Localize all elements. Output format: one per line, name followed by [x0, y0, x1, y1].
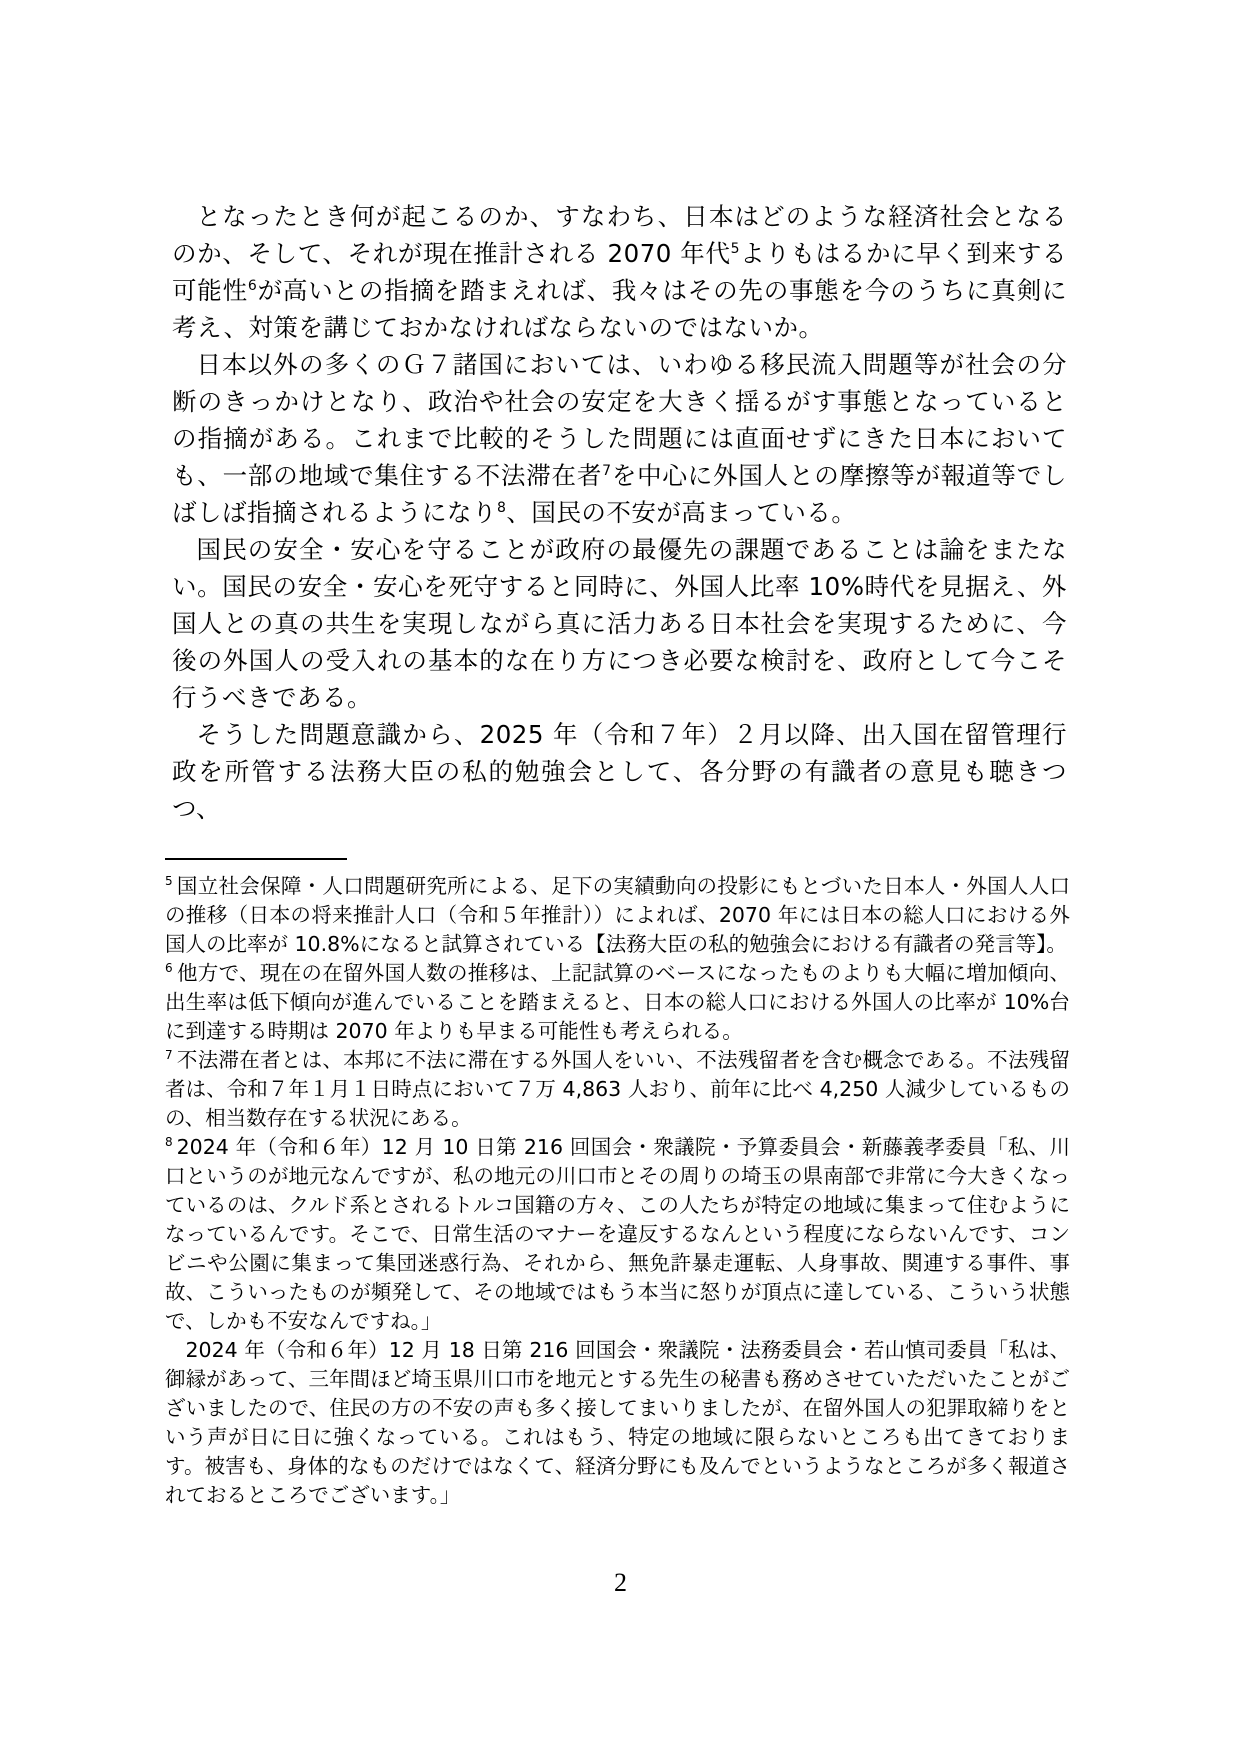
- paragraph-4: そうした問題意識から、2025 年（令和７年）２月以降、出入国在留管理行政を所管…: [172, 716, 1067, 827]
- footnote-7-marker: 7: [165, 1048, 173, 1062]
- footnote-7: 7不法滞在者とは、本邦に不法に滞在する外国人をいい、不法残留者を含む概念である。…: [165, 1046, 1070, 1133]
- paragraph-1: となったとき何が起こるのか、すなわち、日本はどのような経済社会となるのか、そして…: [172, 198, 1067, 346]
- footnote-8-continued: 2024 年（令和６年）12 月 18 日第 216 回国会・衆議院・法務委員会…: [165, 1336, 1070, 1510]
- footnote-6-marker: 6: [165, 961, 173, 975]
- paragraph-2: 日本以外の多くのＧ７諸国においては、いわゆる移民流入問題等が社会の分断のきっかけ…: [172, 346, 1067, 531]
- footnote-7-text: 不法滞在者とは、本邦に不法に滞在する外国人をいい、不法残留者を含む概念である。不…: [165, 1048, 1070, 1130]
- footnote-8-marker: 8: [165, 1135, 173, 1149]
- footnote-8: 82024 年（令和６年）12 月 10 日第 216 回国会・衆議院・予算委員…: [165, 1133, 1070, 1336]
- footnote-5-text: 国立社会保障・人口問題研究所による、足下の実績動向の投影にもとづいた日本人・外国…: [165, 874, 1070, 956]
- footnote-ref-8: 8: [497, 500, 506, 516]
- footnote-8-text: 2024 年（令和６年）12 月 18 日第 216 回国会・衆議院・法務委員会…: [165, 1338, 1070, 1507]
- page-number: 2: [0, 1568, 1241, 1598]
- paragraph-2-text: 、国民の不安が高まっている。: [506, 498, 856, 527]
- paragraph-3-text: 国民の安全・安心を守ることが政府の最優先の課題であることは論をまたない。国民の安…: [172, 535, 1067, 712]
- footnote-ref-6: 6: [248, 278, 257, 294]
- footnotes-section: 5国立社会保障・人口問題研究所による、足下の実績動向の投影にもとづいた日本人・外…: [165, 872, 1070, 1510]
- footnote-5-marker: 5: [165, 874, 173, 888]
- footnote-separator: [165, 858, 347, 860]
- body-text: となったとき何が起こるのか、すなわち、日本はどのような経済社会となるのか、そして…: [172, 198, 1067, 827]
- paragraph-1-text: が高いとの指摘を踏まえれば、我々はその先の事態を今のうちに真剣に考え、対策を講じ…: [172, 276, 1067, 342]
- footnote-5: 5国立社会保障・人口問題研究所による、足下の実績動向の投影にもとづいた日本人・外…: [165, 872, 1070, 959]
- footnote-8-text: 2024 年（令和６年）12 月 10 日第 216 回国会・衆議院・予算委員会…: [165, 1135, 1070, 1333]
- footnote-ref-7: 7: [602, 463, 611, 479]
- paragraph-3: 国民の安全・安心を守ることが政府の最優先の課題であることは論をまたない。国民の安…: [172, 531, 1067, 716]
- footnote-6: 6他方で、現在の在留外国人数の推移は、上記試算のベースになったものよりも大幅に増…: [165, 959, 1070, 1046]
- document-page: となったとき何が起こるのか、すなわち、日本はどのような経済社会となるのか、そして…: [0, 0, 1241, 1754]
- paragraph-4-text: そうした問題意識から、2025 年（令和７年）２月以降、出入国在留管理行政を所管…: [172, 720, 1067, 823]
- footnote-6-text: 他方で、現在の在留外国人数の推移は、上記試算のベースになったものよりも大幅に増加…: [165, 961, 1070, 1043]
- footnote-ref-5: 5: [731, 241, 740, 257]
